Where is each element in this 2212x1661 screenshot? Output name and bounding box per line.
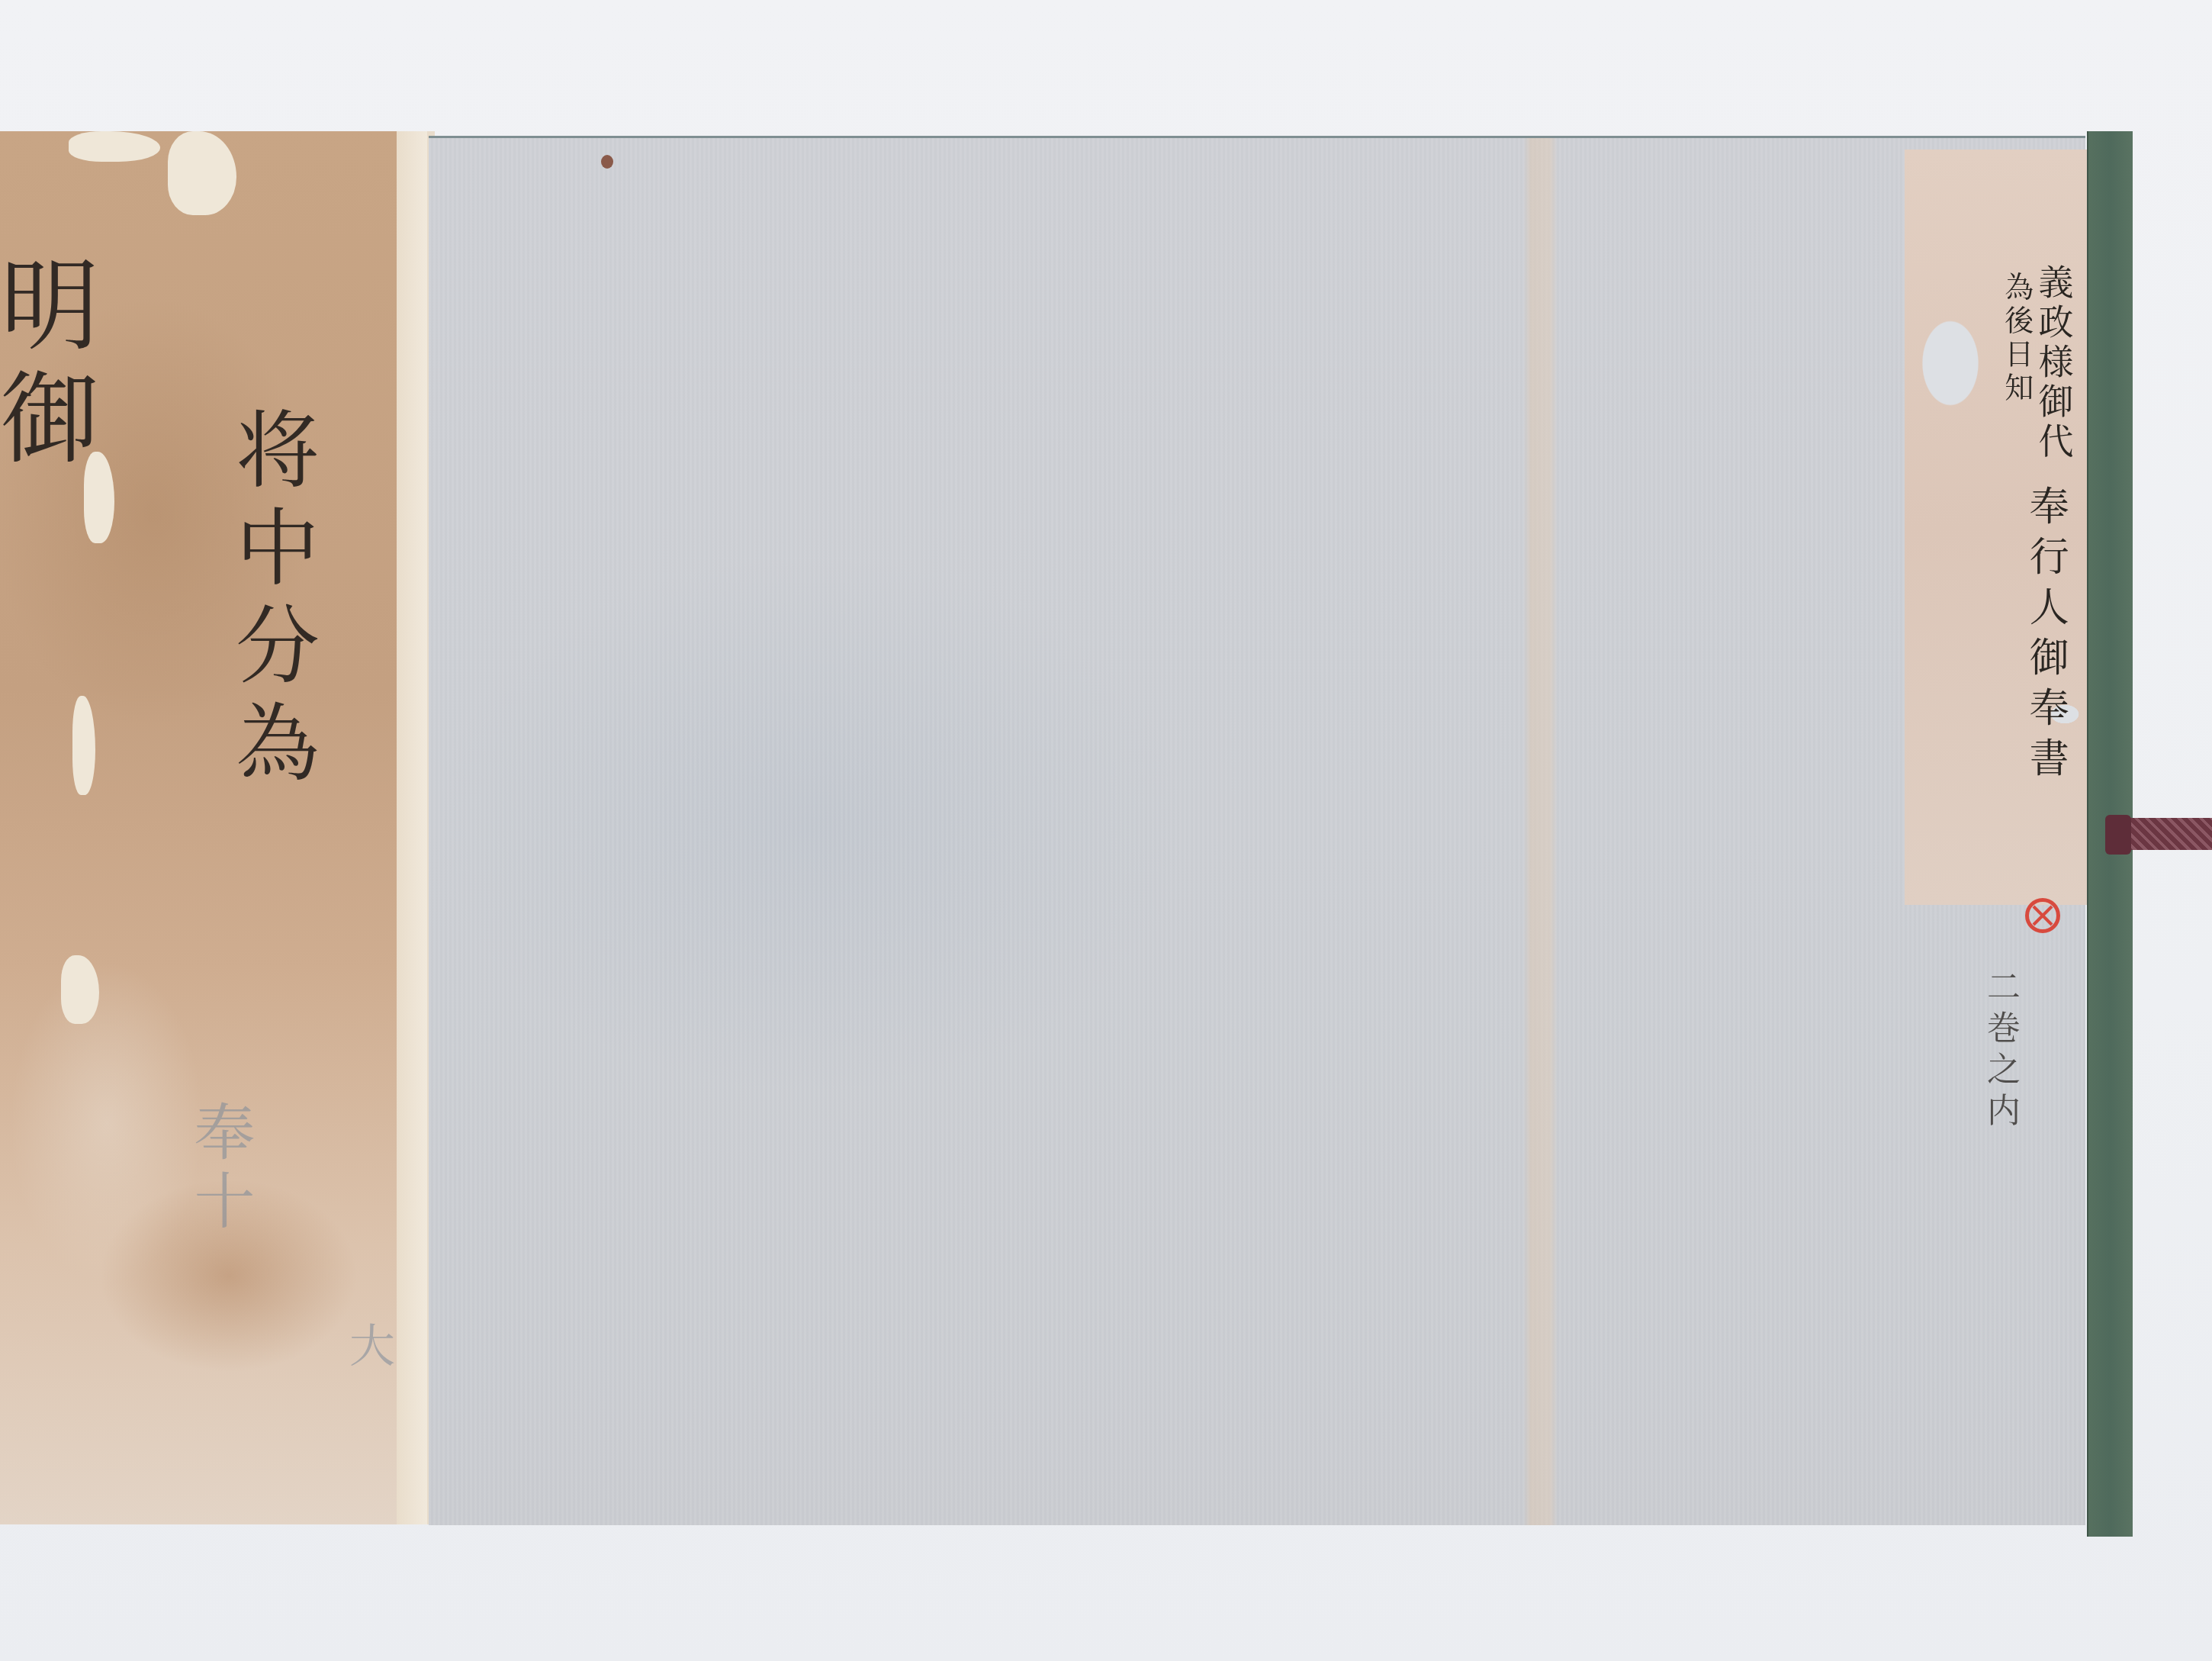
- stain-spot: [601, 155, 613, 169]
- character: 御: [0, 366, 100, 479]
- volume-note: 二巻之内: [1976, 969, 2024, 1134]
- character: 大: [342, 1321, 395, 1375]
- character: 奉: [184, 1100, 255, 1169]
- red-seal-mark: [2025, 898, 2060, 933]
- old-document-section: 明御 将中分為 奉十 大: [0, 131, 435, 1524]
- title-line-3: 奉行人御奉書: [2023, 485, 2066, 787]
- character: 中: [222, 504, 320, 601]
- calligraphy-column: 明御: [0, 253, 92, 479]
- character: 明: [0, 253, 100, 366]
- paper-loss: [72, 696, 95, 795]
- paper-loss: [168, 131, 236, 215]
- character: 為: [222, 699, 320, 797]
- calligraphy-column: 将中分為: [229, 406, 313, 797]
- faint-annotation: 大: [336, 1321, 401, 1375]
- faint-annotation: 奉十: [175, 1100, 263, 1238]
- paper-edge-strip: [397, 131, 427, 1524]
- paper-loss: [61, 955, 99, 1024]
- title-slip: 義政様御代 為後日知 奉行人御奉書: [1905, 150, 2088, 905]
- backing-paper: [429, 136, 2085, 1525]
- tie-cord-knot: [2105, 815, 2131, 855]
- character: 分: [222, 601, 320, 699]
- character: 十: [184, 1169, 255, 1238]
- title-line-1: 義政様御代: [2034, 264, 2073, 462]
- character: 将: [222, 406, 320, 504]
- paper-loss: [69, 131, 160, 162]
- handscroll: 明御 将中分為 奉十 大 義政様御代 為後日知 奉行人御奉書 二巻之内: [0, 0, 2212, 1661]
- title-line-2: 為後日知: [2000, 272, 2032, 406]
